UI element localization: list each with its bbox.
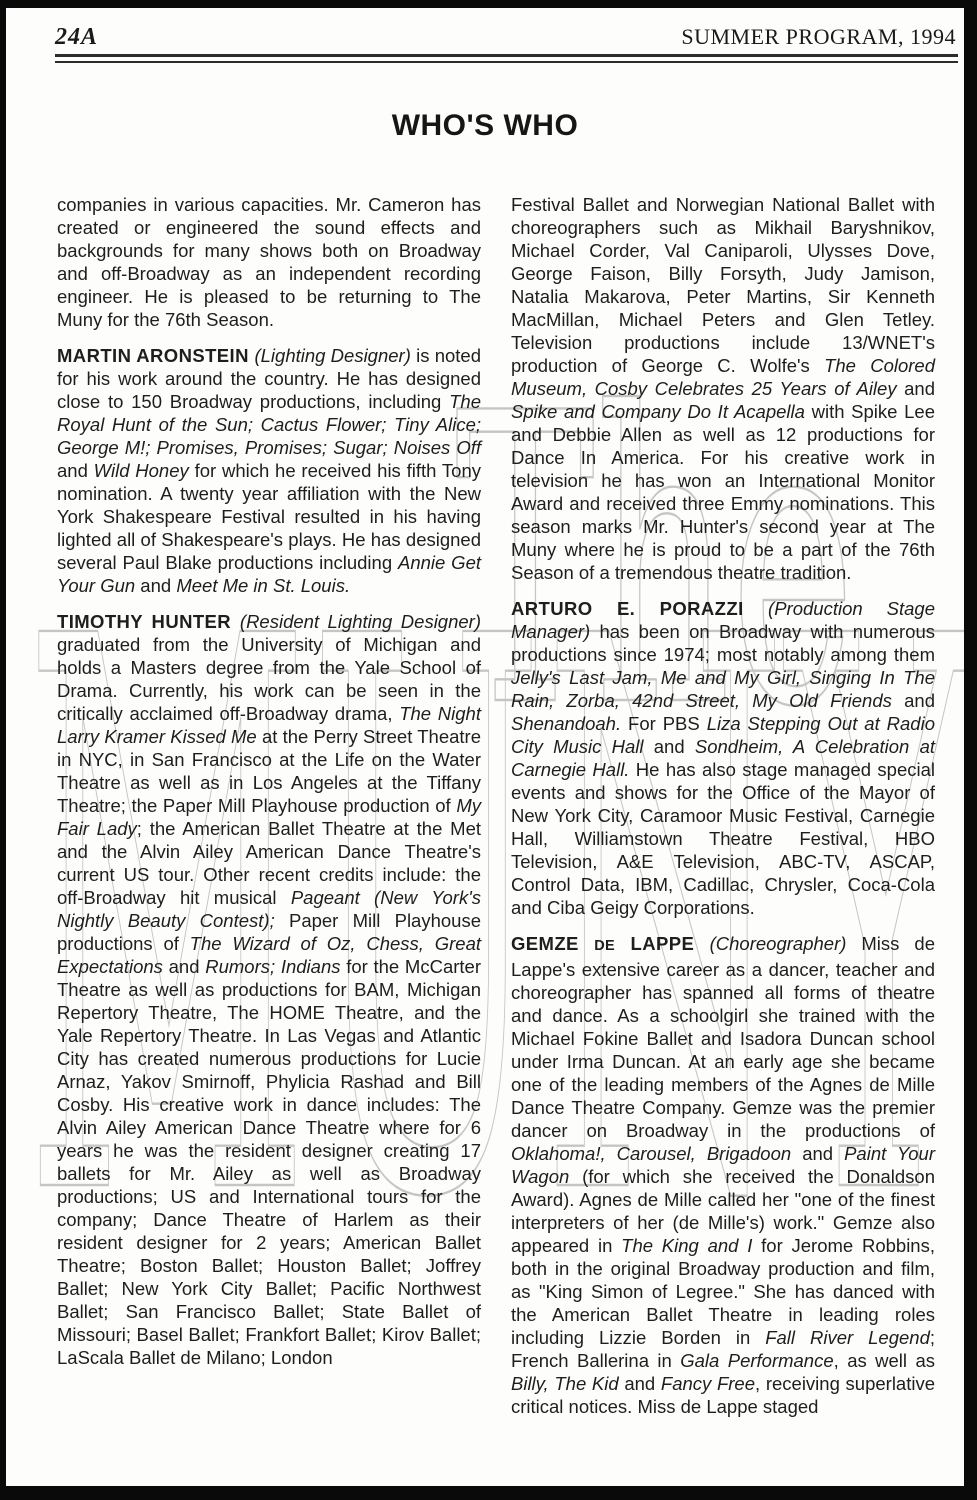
body-text: and xyxy=(791,1143,844,1164)
body-text: and xyxy=(57,460,94,481)
bio-paragraph: companies in various capacities. Mr. Cam… xyxy=(57,193,481,331)
italic-text: Wild Honey xyxy=(94,460,189,481)
bio-name: LAPPE xyxy=(615,933,709,954)
bio-paragraph: TIMOTHY HUNTER (Resident Lighting Design… xyxy=(57,610,481,1369)
italic-text: Spike and Company Do It Acapella xyxy=(511,401,805,422)
body-text: with Spike Lee and Debbie Allen as well … xyxy=(511,401,935,583)
italic-text: Meet Me in St. Louis. xyxy=(176,575,350,596)
body-text: He has also stage managed special events… xyxy=(511,759,935,918)
bio-paragraph: Festival Ballet and Norwegian National B… xyxy=(511,193,935,584)
masthead: 24A SUMMER PROGRAM, 1994 xyxy=(55,24,956,51)
bio-paragraph: ARTURO E. PORAZZI (Production Stage Mana… xyxy=(511,597,935,919)
header-rule xyxy=(55,54,958,63)
bio-paragraph: GEMZE DE LAPPE (Choreographer) Miss de L… xyxy=(511,932,935,1418)
body-text: and xyxy=(897,378,935,399)
italic-text: Shenandoah. xyxy=(511,713,621,734)
body-text: For PBS xyxy=(621,713,707,734)
bio-name: ARTURO E. PORAZZI xyxy=(511,598,768,619)
italic-text: The King and I xyxy=(621,1235,752,1256)
body-text: and xyxy=(619,1373,661,1394)
italic-text: Fancy Free xyxy=(661,1373,755,1394)
italic-text: (Resident Lighting Designer) xyxy=(240,611,481,632)
italic-text: Fall River Legend xyxy=(765,1327,930,1348)
italic-text: Jelly's Last Jam, Me and My Girl, Singin… xyxy=(511,667,935,711)
body-text: and xyxy=(163,956,205,977)
body-text: Festival Ballet and Norwegian National B… xyxy=(511,194,935,376)
bio-name: MARTIN ARONSTEIN xyxy=(57,345,254,366)
italic-text: Billy, The Kid xyxy=(511,1373,619,1394)
body-text: and xyxy=(135,575,176,596)
body-text: Miss de Lappe's extensive career as a da… xyxy=(511,933,935,1141)
body-text: , as well as xyxy=(834,1350,935,1371)
bio-columns: companies in various capacities. Mr. Cam… xyxy=(57,193,935,1431)
left-column: companies in various capacities. Mr. Cam… xyxy=(57,193,481,1431)
scanned-program-page: { "page": { "page_number": "24A", "heade… xyxy=(0,0,977,1500)
italic-text: (Lighting Designer) xyxy=(254,345,410,366)
right-column: Festival Ballet and Norwegian National B… xyxy=(511,193,935,1431)
body-text: companies in various capacities. Mr. Cam… xyxy=(57,194,481,330)
italic-text: Gala Performance xyxy=(680,1350,833,1371)
bio-name: TIMOTHY HUNTER xyxy=(57,611,240,632)
page-content: 24A SUMMER PROGRAM, 1994 WHO'S WHO compa… xyxy=(6,24,964,1431)
italic-text: Rumors; Indians xyxy=(205,956,340,977)
bio-name: DE xyxy=(594,938,615,954)
body-text: for the McCarter Theatre as well as prod… xyxy=(57,956,481,1368)
body-text: and xyxy=(892,690,935,711)
publication-header: SUMMER PROGRAM, 1994 xyxy=(681,24,956,50)
page-title: WHO'S WHO xyxy=(6,109,964,143)
bio-paragraph: MARTIN ARONSTEIN (Lighting Designer) is … xyxy=(57,344,481,597)
page-number: 24A xyxy=(55,24,98,51)
program-page: The MUNY 24A SUMMER PROGRAM, 1994 WHO'S … xyxy=(6,8,964,1486)
italic-text: Oklahoma!, Carousel, Brigadoon xyxy=(511,1143,791,1164)
body-text: and xyxy=(644,736,695,757)
italic-text: (Choreographer) xyxy=(710,933,847,954)
bio-name: GEMZE xyxy=(511,933,594,954)
